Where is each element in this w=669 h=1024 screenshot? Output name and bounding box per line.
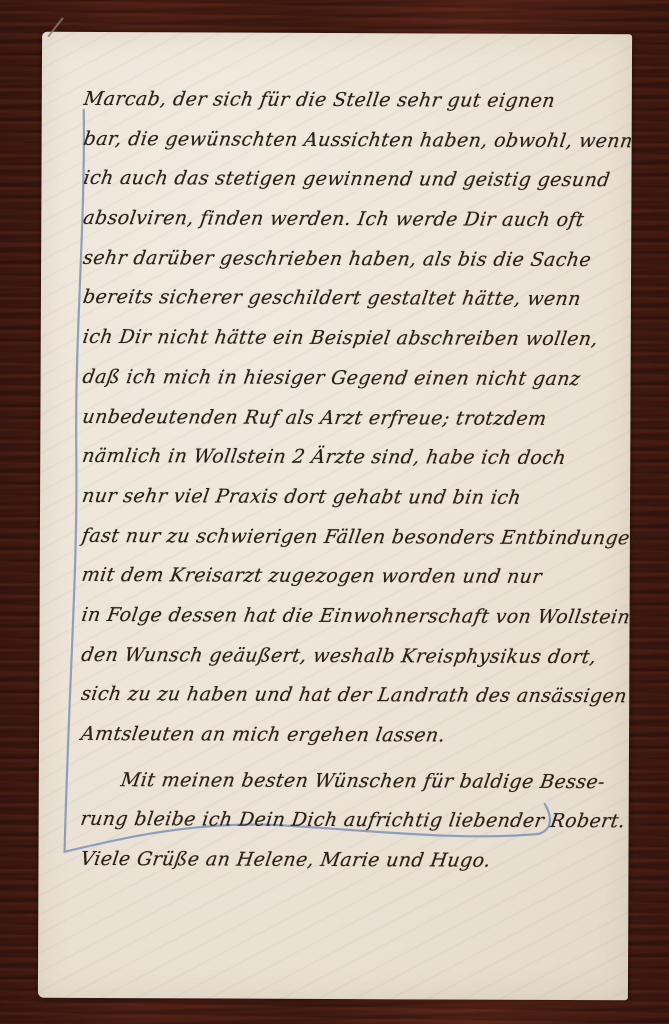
letter-line: nämlich in Wollstein 2 Ärzte sind, habe … bbox=[79, 437, 625, 479]
letter-page: Marcab, der sich für die Stelle sehr gut… bbox=[38, 32, 632, 1001]
letter-line: nur sehr viel Praxis dort gehabt und bin… bbox=[79, 477, 625, 519]
letter-line: fast nur zu schwierigen Fällen besonders… bbox=[79, 516, 625, 558]
letter-line: unbedeutenden Ruf als Arzt erfreue; trot… bbox=[80, 397, 626, 439]
letter-line: ich auch das stetigen gewinnend und geis… bbox=[81, 159, 627, 201]
letter-line: daß ich mich in hiesiger Gegend einen ni… bbox=[80, 358, 626, 400]
pencil-corner-mark bbox=[47, 17, 63, 37]
postscript-greetings: Viele Grüße an Helene, Marie und Hugo. bbox=[78, 840, 624, 882]
closing-line: Mit meinen besten Wünschen für baldige B… bbox=[78, 761, 624, 803]
letter-line: ich Dir nicht hätte ein Beispiel abschre… bbox=[80, 318, 626, 360]
letter-line: Marcab, der sich für die Stelle sehr gut… bbox=[81, 80, 627, 122]
letter-line: sich zu zu haben und hat der Landrath de… bbox=[78, 675, 624, 717]
letter-line: sehr darüber geschrieben haben, als bis … bbox=[80, 239, 626, 281]
letter-line: Amtsleuten an mich ergehen lassen. bbox=[78, 715, 624, 757]
letter-line: in Folge dessen hat die Einwohnerschaft … bbox=[79, 596, 625, 638]
letter-line: bereits sicherer geschildert gestaltet h… bbox=[80, 278, 626, 320]
letter-line: den Wunsch geäußert, weshalb Kreisphysik… bbox=[79, 636, 625, 678]
letter-line: mit dem Kreisarzt zugezogen worden und n… bbox=[79, 556, 625, 598]
closing-line-signature: rung bleibe ich Dein Dich aufrichtig lie… bbox=[78, 800, 624, 842]
letter-body: Marcab, der sich für die Stelle sehr gut… bbox=[80, 80, 623, 882]
letter-line: absolviren, finden werden. Ich werde Dir… bbox=[80, 199, 626, 241]
letter-line: bar, die gewünschten Aussichten haben, o… bbox=[81, 120, 627, 162]
